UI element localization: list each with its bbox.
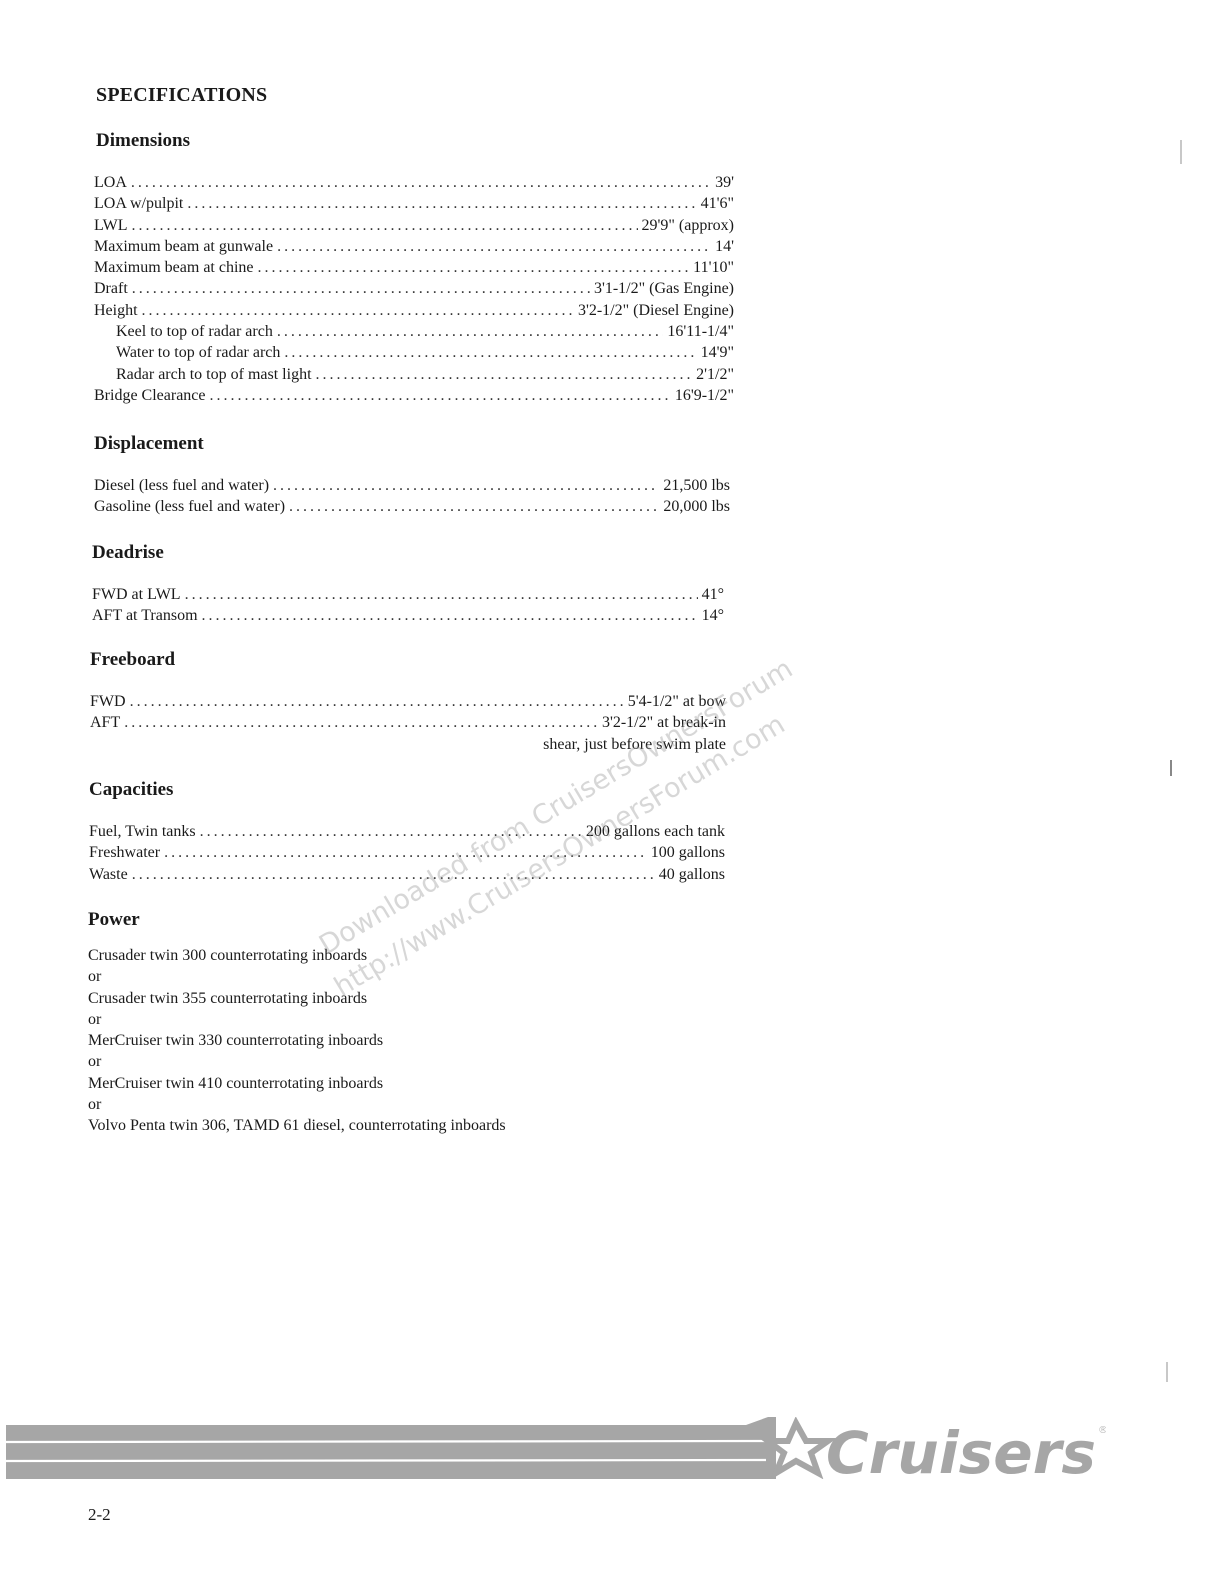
spec-row: LOA39' [94, 172, 734, 193]
spec-row: FWD5'4-1/2" at bow [90, 691, 726, 712]
spec-list: FWD5'4-1/2" at bowAFT3'2-1/2" at break-i… [90, 691, 726, 734]
capacities-section: Capacities Fuel, Twin tanks200 gallons e… [89, 779, 739, 885]
spec-value: 14' [715, 236, 734, 257]
deadrise-section: Deadrise FWD at LWL41°AFT at Transom14° [92, 542, 742, 627]
dot-leader [132, 278, 590, 299]
spec-label: LOA w/pulpit [94, 193, 183, 214]
dot-leader [187, 193, 696, 214]
dot-leader [200, 821, 582, 842]
dot-leader [273, 475, 659, 496]
spec-label: LOA [94, 172, 127, 193]
freeboard-continuation: shear, just before swim plate [90, 734, 726, 755]
dot-leader [210, 385, 671, 406]
or-separator: or [88, 1009, 738, 1030]
spec-row: Bridge Clearance16'9-1/2" [94, 385, 734, 406]
spec-value: 5'4-1/2" at bow [628, 691, 726, 712]
spec-value: 14'9" [701, 342, 734, 363]
section-heading: Freeboard [90, 649, 740, 671]
spec-row: Gasoline (less fuel and water)20,000 lbs [94, 496, 730, 517]
spec-label: Bridge Clearance [94, 385, 206, 406]
dot-leader [202, 605, 698, 626]
spec-label: FWD at LWL [92, 584, 181, 605]
section-heading: Capacities [89, 779, 739, 801]
spec-label: Fuel, Twin tanks [89, 821, 196, 842]
page-number: 2-2 [88, 1505, 111, 1525]
spec-value: 16'9-1/2" [675, 385, 734, 406]
spec-value: 11'10" [693, 257, 734, 278]
spec-row: FWD at LWL41° [92, 584, 724, 605]
spec-row: LWL29'9" (approx) [94, 215, 734, 236]
section-heading: Power [88, 909, 738, 931]
spec-value: 29'9" (approx) [642, 215, 735, 236]
spec-value: 2'1/2" [696, 364, 734, 385]
power-option: Crusader twin 300 counterrotating inboar… [88, 945, 738, 966]
dot-leader [132, 864, 655, 885]
spec-row: LOA w/pulpit41'6" [94, 193, 734, 214]
spec-value: 100 gallons [651, 842, 725, 863]
power-options-list: Crusader twin 300 counterrotating inboar… [88, 945, 738, 1137]
power-option: MerCruiser twin 410 counterrotating inbo… [88, 1073, 738, 1094]
spec-value: 14° [702, 605, 724, 626]
dot-leader [131, 172, 711, 193]
section-heading: Dimensions [96, 130, 746, 152]
spec-label: Freshwater [89, 842, 160, 863]
spec-label: Radar arch to top of mast light [94, 364, 312, 385]
spec-list: Fuel, Twin tanks200 gallons each tankFre… [89, 821, 725, 885]
spec-value: 3'2-1/2" at break-in [602, 712, 726, 733]
power-section: Power Crusader twin 300 counterrotating … [88, 909, 738, 1137]
spec-value: 39' [715, 172, 734, 193]
freeboard-section: Freeboard FWD5'4-1/2" at bowAFT3'2-1/2" … [90, 649, 740, 755]
or-separator: or [88, 1051, 738, 1072]
dot-leader [164, 842, 647, 863]
page-title: SPECIFICATIONS [96, 84, 267, 107]
spec-value: 41° [702, 584, 724, 605]
dot-leader [142, 300, 574, 321]
spec-row: Maximum beam at chine11'10" [94, 257, 734, 278]
cruisers-logo-band: Cruisers ® [6, 1417, 1106, 1479]
spec-value: 16'11-1/4" [667, 321, 734, 342]
or-separator: or [88, 1094, 738, 1115]
section-heading: Displacement [94, 433, 744, 455]
dimensions-section: Dimensions LOA39'LOA w/pulpit41'6"LWL29'… [96, 130, 746, 406]
dot-leader [284, 342, 696, 363]
spec-row: Water to top of radar arch14'9" [94, 342, 734, 363]
spec-value: 200 gallons each tank [586, 821, 725, 842]
spec-row: Freshwater100 gallons [89, 842, 725, 863]
or-separator: or [88, 966, 738, 987]
displacement-section: Displacement Diesel (less fuel and water… [94, 433, 744, 518]
spec-list: LOA39'LOA w/pulpit41'6"LWL29'9" (approx)… [94, 172, 734, 406]
spec-value: 20,000 lbs [663, 496, 730, 517]
spec-row: Keel to top of radar arch16'11-1/4" [94, 321, 734, 342]
spec-label: AFT at Transom [92, 605, 198, 626]
spec-row: Maximum beam at gunwale14' [94, 236, 734, 257]
spec-value: 41'6" [701, 193, 734, 214]
spec-label: Draft [94, 278, 128, 299]
spec-row: AFT at Transom14° [92, 605, 724, 626]
spec-row: AFT3'2-1/2" at break-in [90, 712, 726, 733]
spec-label: Maximum beam at gunwale [94, 236, 273, 257]
spec-label: LWL [94, 215, 127, 236]
spec-value: 3'2-1/2" (Diesel Engine) [578, 300, 734, 321]
spec-list: FWD at LWL41°AFT at Transom14° [92, 584, 724, 627]
spec-label: Height [94, 300, 138, 321]
spec-label: Gasoline (less fuel and water) [94, 496, 285, 517]
spec-value: 3'1-1/2" (Gas Engine) [594, 278, 734, 299]
power-option: Crusader twin 355 counterrotating inboar… [88, 988, 738, 1009]
spec-label: FWD [90, 691, 126, 712]
dot-leader [185, 584, 698, 605]
section-heading: Deadrise [92, 542, 742, 564]
power-option: Volvo Penta twin 306, TAMD 61 diesel, co… [88, 1115, 738, 1136]
spec-label: Keel to top of radar arch [94, 321, 273, 342]
dot-leader [258, 257, 690, 278]
registered-mark: ® [1098, 1425, 1106, 1436]
dot-leader [289, 496, 659, 517]
spec-value: 40 gallons [659, 864, 725, 885]
dot-leader [277, 236, 711, 257]
spec-row: Radar arch to top of mast light2'1/2" [94, 364, 734, 385]
spec-row: Draft3'1-1/2" (Gas Engine) [94, 278, 734, 299]
spec-value: 21,500 lbs [663, 475, 730, 496]
spec-label: Maximum beam at chine [94, 257, 254, 278]
dot-leader [277, 321, 664, 342]
scan-mark [1170, 760, 1172, 776]
spec-row: Waste40 gallons [89, 864, 725, 885]
dot-leader [130, 691, 624, 712]
spec-label: Water to top of radar arch [94, 342, 280, 363]
dot-leader [131, 215, 637, 236]
spec-row: Height3'2-1/2" (Diesel Engine) [94, 300, 734, 321]
scan-mark [1180, 140, 1182, 164]
spec-label: AFT [90, 712, 120, 733]
spec-row: Fuel, Twin tanks200 gallons each tank [89, 821, 725, 842]
dot-leader [316, 364, 693, 385]
spec-label: Diesel (less fuel and water) [94, 475, 269, 496]
power-option: MerCruiser twin 330 counterrotating inbo… [88, 1030, 738, 1051]
spec-list: Diesel (less fuel and water)21,500 lbsGa… [94, 475, 730, 518]
spec-row: Diesel (less fuel and water)21,500 lbs [94, 475, 730, 496]
cruisers-logo-text: Cruisers [826, 1419, 1096, 1479]
spec-label: Waste [89, 864, 128, 885]
scan-mark [1166, 1362, 1168, 1382]
dot-leader [124, 712, 598, 733]
